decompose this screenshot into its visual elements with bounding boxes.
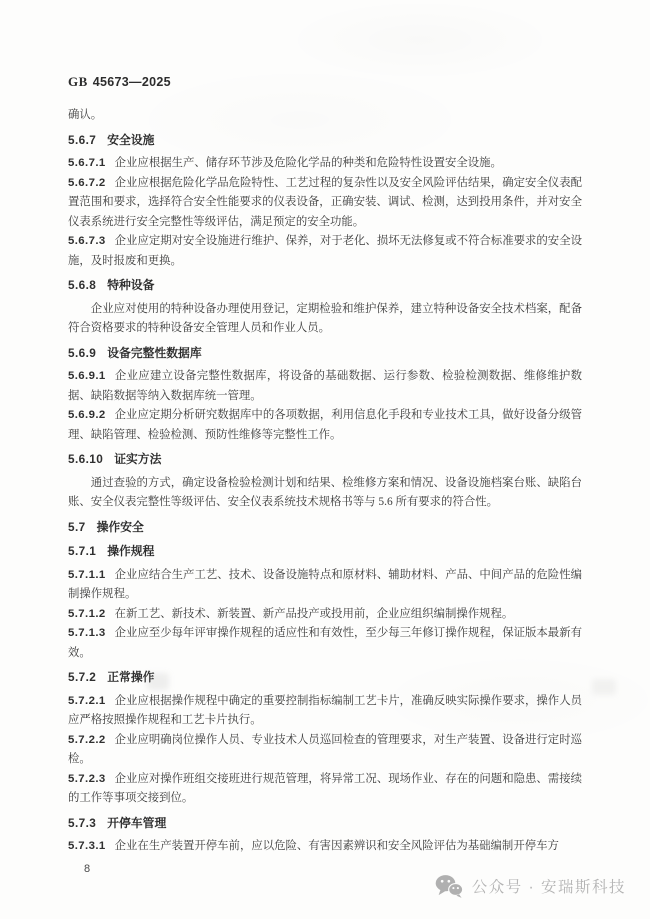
section-number: 5.7.2 bbox=[68, 670, 96, 684]
clause-number: 5.7.2.3 bbox=[68, 773, 106, 785]
clause-text: 企业应对操作班组交接班进行规范管理，将异常工况、现场作业、存在的问题和隐患、需接… bbox=[68, 773, 582, 805]
clause-number: 5.6.7.2 bbox=[68, 177, 106, 189]
clause-5-7-1-3: 5.7.1.3企业应至少每年评审操作规程的适应性和有效性，至少每三年修订操作规程… bbox=[68, 624, 582, 663]
section-title: 证实方法 bbox=[114, 452, 161, 466]
standard-number: 45673—2025 bbox=[93, 75, 171, 89]
standard-number-header: GB45673—2025 bbox=[68, 72, 582, 92]
section-heading-5-6-8: 5.6.8特种设备 bbox=[68, 276, 582, 296]
clause-number: 5.6.9.1 bbox=[68, 370, 106, 382]
clause-number: 5.6.7.1 bbox=[68, 157, 106, 169]
section-heading-5-7-2: 5.7.2正常操作 bbox=[68, 668, 582, 688]
clause-text: 企业应根据生产、储存环节涉及危险化学品的种类和危险特性设置安全设施。 bbox=[115, 157, 502, 169]
clause-text: 在新工艺、新技术、新装置、新产品投产或投用前，企业应组织编制操作规程。 bbox=[115, 608, 514, 620]
clause-number: 5.7.1.3 bbox=[68, 627, 106, 639]
clause-text: 企业应定期分析研究数据库中的各项数据，利用信息化手段和专业技术工具，做好设备分级… bbox=[68, 409, 582, 441]
scan-artifact bbox=[592, 679, 616, 695]
page-content: GB45673—2025 确认。 5.6.7安全设施 5.6.7.1企业应根据生… bbox=[68, 0, 582, 878]
watermark-text: 公众号 · 安瑞斯科技 bbox=[472, 875, 626, 897]
clause-number: 5.7.2.2 bbox=[68, 734, 106, 746]
section-title: 开停车管理 bbox=[107, 816, 166, 830]
section-heading-5-6-9: 5.6.9设备完整性数据库 bbox=[68, 344, 582, 364]
clause-text: 企业应根据危险化学品危险特性、工艺过程的复杂性以及安全风险评估结果，确定安全仪表… bbox=[68, 177, 582, 228]
section-number: 5.7.3 bbox=[68, 816, 96, 830]
clause-number: 5.7.3.1 bbox=[68, 840, 106, 852]
clause-5-7-2-1: 5.7.2.1企业应根据操作规程中确定的重要控制指标编制工艺卡片，准确反映实际操… bbox=[68, 692, 582, 731]
wechat-watermark: 公众号 · 安瑞斯科技 bbox=[435, 874, 626, 898]
section-title: 特种设备 bbox=[107, 278, 154, 292]
paragraph-5-6-10: 通过查验的方式，确定设备检验检测计划和结果、检维修方案和情况、设备设施档案台账、… bbox=[68, 474, 582, 513]
section-title: 设备完整性数据库 bbox=[107, 346, 201, 360]
section-heading-5-7-3: 5.7.3开停车管理 bbox=[68, 814, 582, 834]
clause-5-7-1-2: 5.7.1.2在新工艺、新技术、新装置、新产品投产或投用前，企业应组织编制操作规… bbox=[68, 605, 582, 625]
section-title: 操作安全 bbox=[97, 520, 144, 534]
clause-number: 5.7.1.1 bbox=[68, 569, 106, 581]
clause-5-7-2-2: 5.7.2.2企业应明确岗位操作人员、专业技术人员巡回检查的管理要求，对生产装置… bbox=[68, 731, 582, 770]
section-number: 5.7 bbox=[68, 520, 86, 534]
section-heading-5-7: 5.7操作安全 bbox=[68, 518, 582, 538]
clause-5-6-7-3: 5.6.7.3企业应定期对安全设施进行维护、保养，对于老化、损坏无法修复或不符合… bbox=[68, 232, 582, 271]
clause-number: 5.7.1.2 bbox=[68, 608, 106, 620]
clause-5-7-2-3: 5.7.2.3企业应对操作班组交接班进行规范管理，将异常工况、现场作业、存在的问… bbox=[68, 770, 582, 809]
section-number: 5.7.1 bbox=[68, 544, 96, 558]
section-heading-5-7-1: 5.7.1操作规程 bbox=[68, 542, 582, 562]
clause-5-6-9-2: 5.6.9.2企业应定期分析研究数据库中的各项数据，利用信息化手段和专业技术工具… bbox=[68, 406, 582, 445]
clause-5-7-3-1: 5.7.3.1企业在生产装置开停车前，应以危险、有害因素辨识和安全风险评估为基础… bbox=[68, 837, 582, 857]
wechat-icon bbox=[435, 874, 463, 898]
clause-5-7-1-1: 5.7.1.1企业应结合生产工艺、技术、设备设施特点和原材料、辅助材料、产品、中… bbox=[68, 566, 582, 605]
section-heading-5-6-10: 5.6.10证实方法 bbox=[68, 450, 582, 470]
clause-text: 企业在生产装置开停车前，应以危险、有害因素辨识和安全风险评估为基础编制开停车方 bbox=[115, 840, 559, 852]
section-number: 5.6.7 bbox=[68, 133, 96, 147]
section-heading-5-6-7: 5.6.7安全设施 bbox=[68, 131, 582, 151]
section-title: 操作规程 bbox=[107, 544, 154, 558]
clause-number: 5.7.2.1 bbox=[68, 695, 106, 707]
document-page: GB45673—2025 确认。 5.6.7安全设施 5.6.7.1企业应根据生… bbox=[0, 0, 650, 919]
section-title: 安全设施 bbox=[107, 133, 154, 147]
section-number: 5.6.10 bbox=[68, 452, 103, 466]
clause-number: 5.6.9.2 bbox=[68, 409, 106, 421]
standard-prefix: GB bbox=[68, 74, 88, 89]
clause-5-6-7-1: 5.6.7.1企业应根据生产、储存环节涉及危险化学品的种类和危险特性设置安全设施… bbox=[68, 154, 582, 174]
clause-text: 企业应结合生产工艺、技术、设备设施特点和原材料、辅助材料、产品、中间产品的危险性… bbox=[68, 569, 582, 601]
clause-5-6-7-2: 5.6.7.2企业应根据危险化学品危险特性、工艺过程的复杂性以及安全风险评估结果… bbox=[68, 174, 582, 233]
clause-text: 企业应根据操作规程中确定的重要控制指标编制工艺卡片，准确反映实际操作要求，操作人… bbox=[68, 695, 582, 727]
paragraph-5-6-8: 企业应对使用的特种设备办理使用登记，定期检验和维护保养，建立特种设备安全技术档案… bbox=[68, 300, 582, 339]
clause-number: 5.6.7.3 bbox=[68, 235, 106, 247]
section-number: 5.6.9 bbox=[68, 346, 96, 360]
clause-5-6-9-1: 5.6.9.1企业应建立设备完整性数据库，将设备的基础数据、运行参数、检验检测数… bbox=[68, 367, 582, 406]
clause-text: 企业应定期对安全设施进行维护、保养，对于老化、损坏无法修复或不符合标准要求的安全… bbox=[68, 235, 582, 267]
clause-text: 企业应至少每年评审操作规程的适应性和有效性，至少每三年修订操作规程，保证版本最新… bbox=[68, 627, 582, 659]
section-number: 5.6.8 bbox=[68, 278, 96, 292]
clause-text: 企业应明确岗位操作人员、专业技术人员巡回检查的管理要求，对生产装置、设备进行定时… bbox=[68, 734, 582, 766]
clause-text: 企业应建立设备完整性数据库，将设备的基础数据、运行参数、检验检测数据、维修维护数… bbox=[68, 370, 582, 402]
section-title: 正常操作 bbox=[107, 670, 154, 684]
carryover-line: 确认。 bbox=[68, 106, 582, 126]
